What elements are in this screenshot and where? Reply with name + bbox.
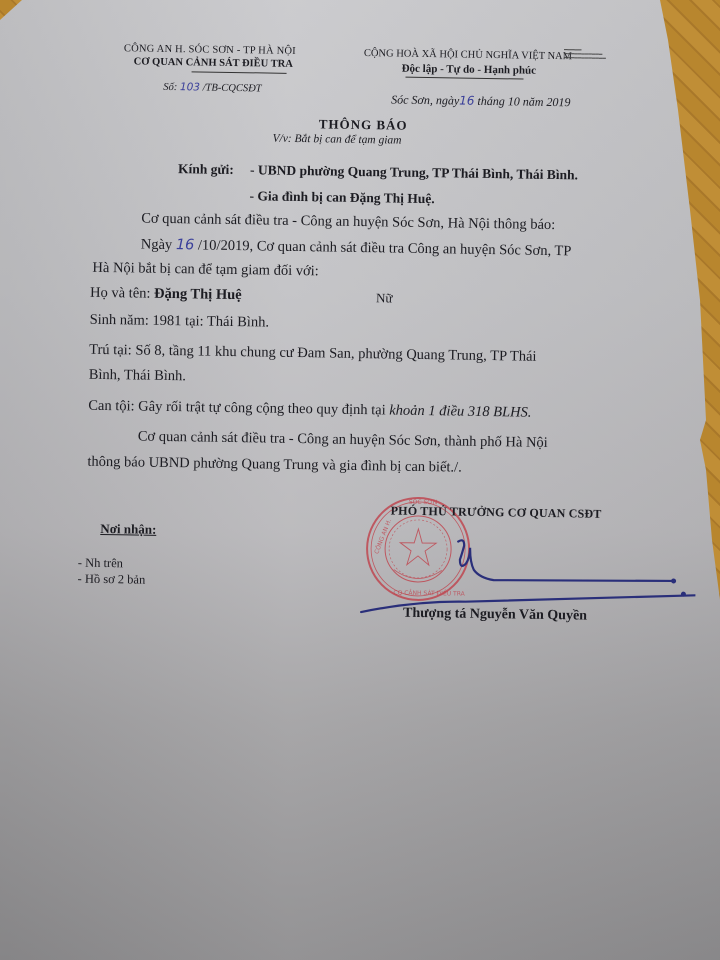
recipients-label: Kính gửi: [178,161,234,178]
dateline: Sóc Sơn, ngày16 tháng 10 năm 2019 [391,92,571,110]
recipient-1: - UBND phường Quang Trung, TP Thái Bình,… [250,162,578,183]
dateline-prefix: Sóc Sơn, ngày [391,92,459,107]
document-subject: V/v: Bắt bị can để tạm giam [272,133,401,147]
suspect-residence-1: Trú tại: Số 8, tầng 11 khu chung cư Đam … [89,342,537,366]
notice-line-1: Ngày 16 /10/2019, Cơ quan cảnh sát điều … [141,237,572,261]
document: CÔNG AN H. SÓC SƠN - TP HÀ NỘI CƠ QUAN C… [0,0,720,960]
intro-paragraph: Cơ quan cảnh sát điều tra - Công an huyệ… [141,211,555,235]
dateline-day-handwritten: 16 [459,94,474,108]
received-stamp-microtext: ▬▬▬▬▬▬▬▬▬▬▬▬▬▬▬▬▬▬▬▬▬▬▬▬▬▬▬▬ [564,47,606,60]
closing-line-1: Cơ quan cảnh sát điều tra - Công an huyệ… [138,429,548,452]
recipient-2: - Gia đình bị can Đặng Thị Huệ. [249,188,434,207]
suspect-name: Đặng Thị Huệ [154,286,242,303]
signatory-name: Thượng tá Nguyễn Văn Quyền [403,606,587,625]
dateline-suffix: tháng 10 năm 2019 [477,94,570,109]
document-number-suffix: /TB-CQCSĐT [203,83,262,95]
document-number: Số: 103 /TB-CQCSĐT [163,81,261,95]
document-number-label: Số: [163,82,177,93]
notice-line-1-rest: /10/2019, Cơ quan cảnh sát điều tra Công… [198,237,572,259]
notice-day-handwritten: 16 [176,237,195,253]
national-motto: Độc lập - Tự do - Hạnh phúc [402,63,537,77]
distribution-item: - Hồ sơ 2 bản [77,572,145,588]
distribution-title: Nơi nhận: [100,521,156,538]
issuing-agency: CÔNG AN H. SÓC SƠN - TP HÀ NỘI [124,43,296,57]
header-rule-right [405,77,523,80]
notice-date-prefix: Ngày [141,237,173,253]
charge-label: Can tội: Gây rối trật tự công cộng theo … [88,398,386,419]
suspect-name-label: Họ và tên: [90,285,151,302]
suspect-birth: Sinh năm: 1981 tại: Thái Bình. [90,312,270,332]
issuing-department: CƠ QUAN CẢNH SÁT ĐIỀU TRA [134,56,293,69]
closing-line-2: thông báo UBND phường Quang Trung và gia… [87,454,462,477]
suspect-residence-2: Bình, Thái Bình. [89,367,186,386]
document-number-handwritten: 103 [180,81,200,93]
header-rule-left [192,71,287,73]
nation-header: CỘNG HOÀ XÃ HỘI CHỦ NGHĨA VIỆT NAM [364,48,572,62]
suspect-charge: Can tội: Gây rối trật tự công cộng theo … [88,398,531,422]
document-title: THÔNG BÁO [319,116,408,133]
suspect-sex: Nữ [376,290,393,306]
distribution-item: - Nh trên [78,556,123,572]
suspect-name-line: Họ và tên: Đặng Thị Huệ [90,285,242,304]
notice-line-2: Hà Nội bắt bị can để tạm giam đối với: [92,260,319,281]
charge-article: khoản 1 điều 318 BLHS. [389,402,531,420]
